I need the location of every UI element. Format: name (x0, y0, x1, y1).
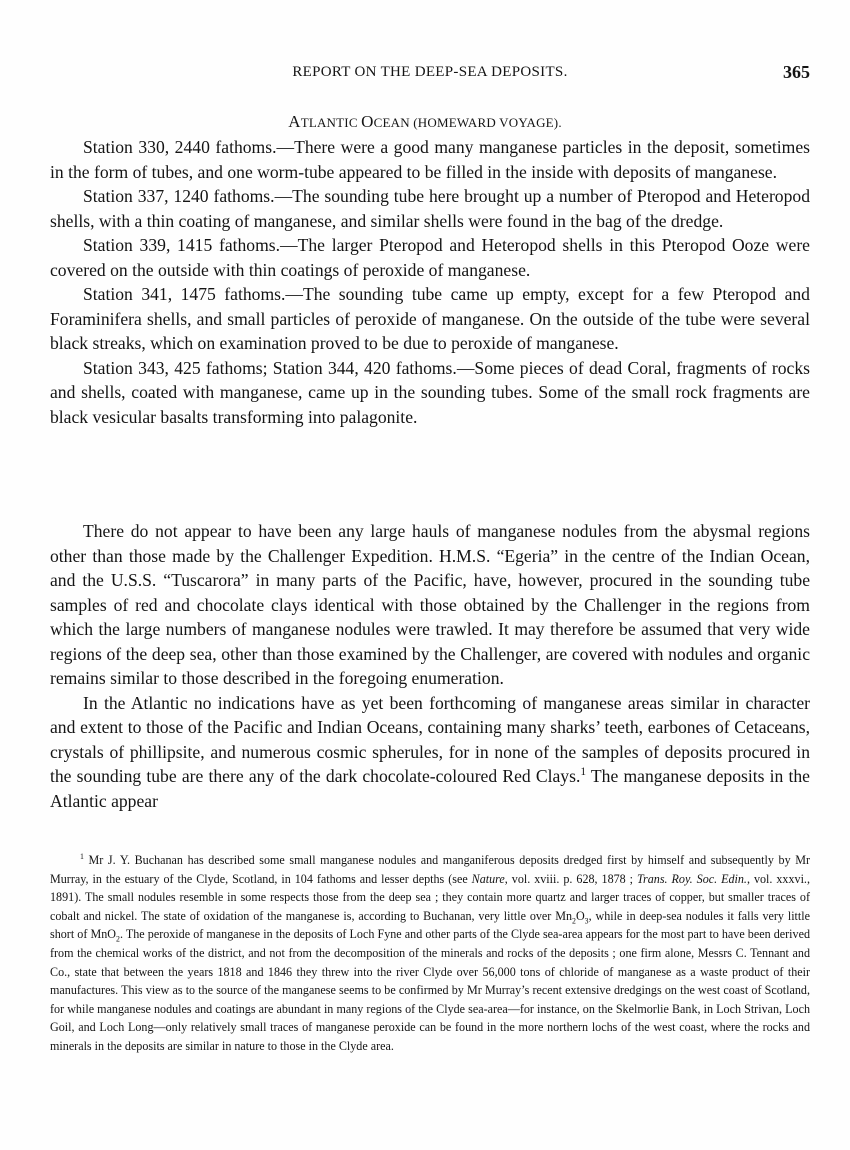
station-entry: Station 339, 1415 fathoms.—The larger Pt… (50, 233, 810, 282)
section-heading-sc-2: CEAN (374, 115, 414, 130)
station-lead: Station 341, 1475 fathoms. (83, 284, 285, 304)
discussion-paragraphs: There do not appear to have been any lar… (50, 519, 810, 813)
section-heading-initial-o: O (361, 112, 373, 131)
body-paragraph: There do not appear to have been any lar… (50, 519, 810, 691)
footnote-text: . The peroxide of manganese in the depos… (50, 927, 810, 1053)
station-entry: Station 337, 1240 fathoms.—The sounding … (50, 184, 810, 233)
body-paragraph: In the Atlantic no indications have as y… (50, 691, 810, 814)
station-lead: Station 330, 2440 fathoms. (83, 137, 276, 157)
section-heading-sc-3: (HOMEWARD VOYAGE). (413, 115, 562, 130)
station-entries: Station 330, 2440 fathoms.—There were a … (50, 135, 810, 429)
running-head: REPORT ON THE DEEP-SEA DEPOSITS. 365 (50, 64, 810, 88)
citation-title: Trans. Roy. Soc. Edin. (637, 872, 747, 886)
citation-title: Nature (472, 872, 505, 886)
running-title: REPORT ON THE DEEP-SEA DEPOSITS. (50, 64, 810, 81)
section-heading-sc-1: TLANTIC (301, 115, 361, 130)
footnotes: 1 Mr J. Y. Buchanan has described some s… (50, 851, 810, 1056)
station-lead: Station 339, 1415 fathoms. (83, 235, 280, 255)
station-entry: Station 341, 1475 fathoms.—The sounding … (50, 282, 810, 356)
station-lead: Station 343, 425 fathoms; Station 344, 4… (83, 358, 457, 378)
station-lead: Station 337, 1240 fathoms. (83, 186, 275, 206)
section-heading: ATLANTIC OCEAN (HOMEWARD VOYAGE). (0, 112, 850, 132)
citation-details: , vol. xviii. p. 628, 1878 ; (505, 872, 637, 886)
station-entry: Station 343, 425 fathoms; Station 344, 4… (50, 356, 810, 430)
formula-part: O (576, 909, 585, 923)
station-entry: Station 330, 2440 fathoms.—There were a … (50, 135, 810, 184)
document-page: REPORT ON THE DEEP-SEA DEPOSITS. 365 ATL… (0, 0, 850, 1150)
page-number: 365 (783, 62, 810, 83)
footnote-marker: 1 (80, 852, 84, 861)
footnote: 1 Mr J. Y. Buchanan has described some s… (50, 851, 810, 1056)
section-heading-initial-a: A (288, 112, 300, 131)
